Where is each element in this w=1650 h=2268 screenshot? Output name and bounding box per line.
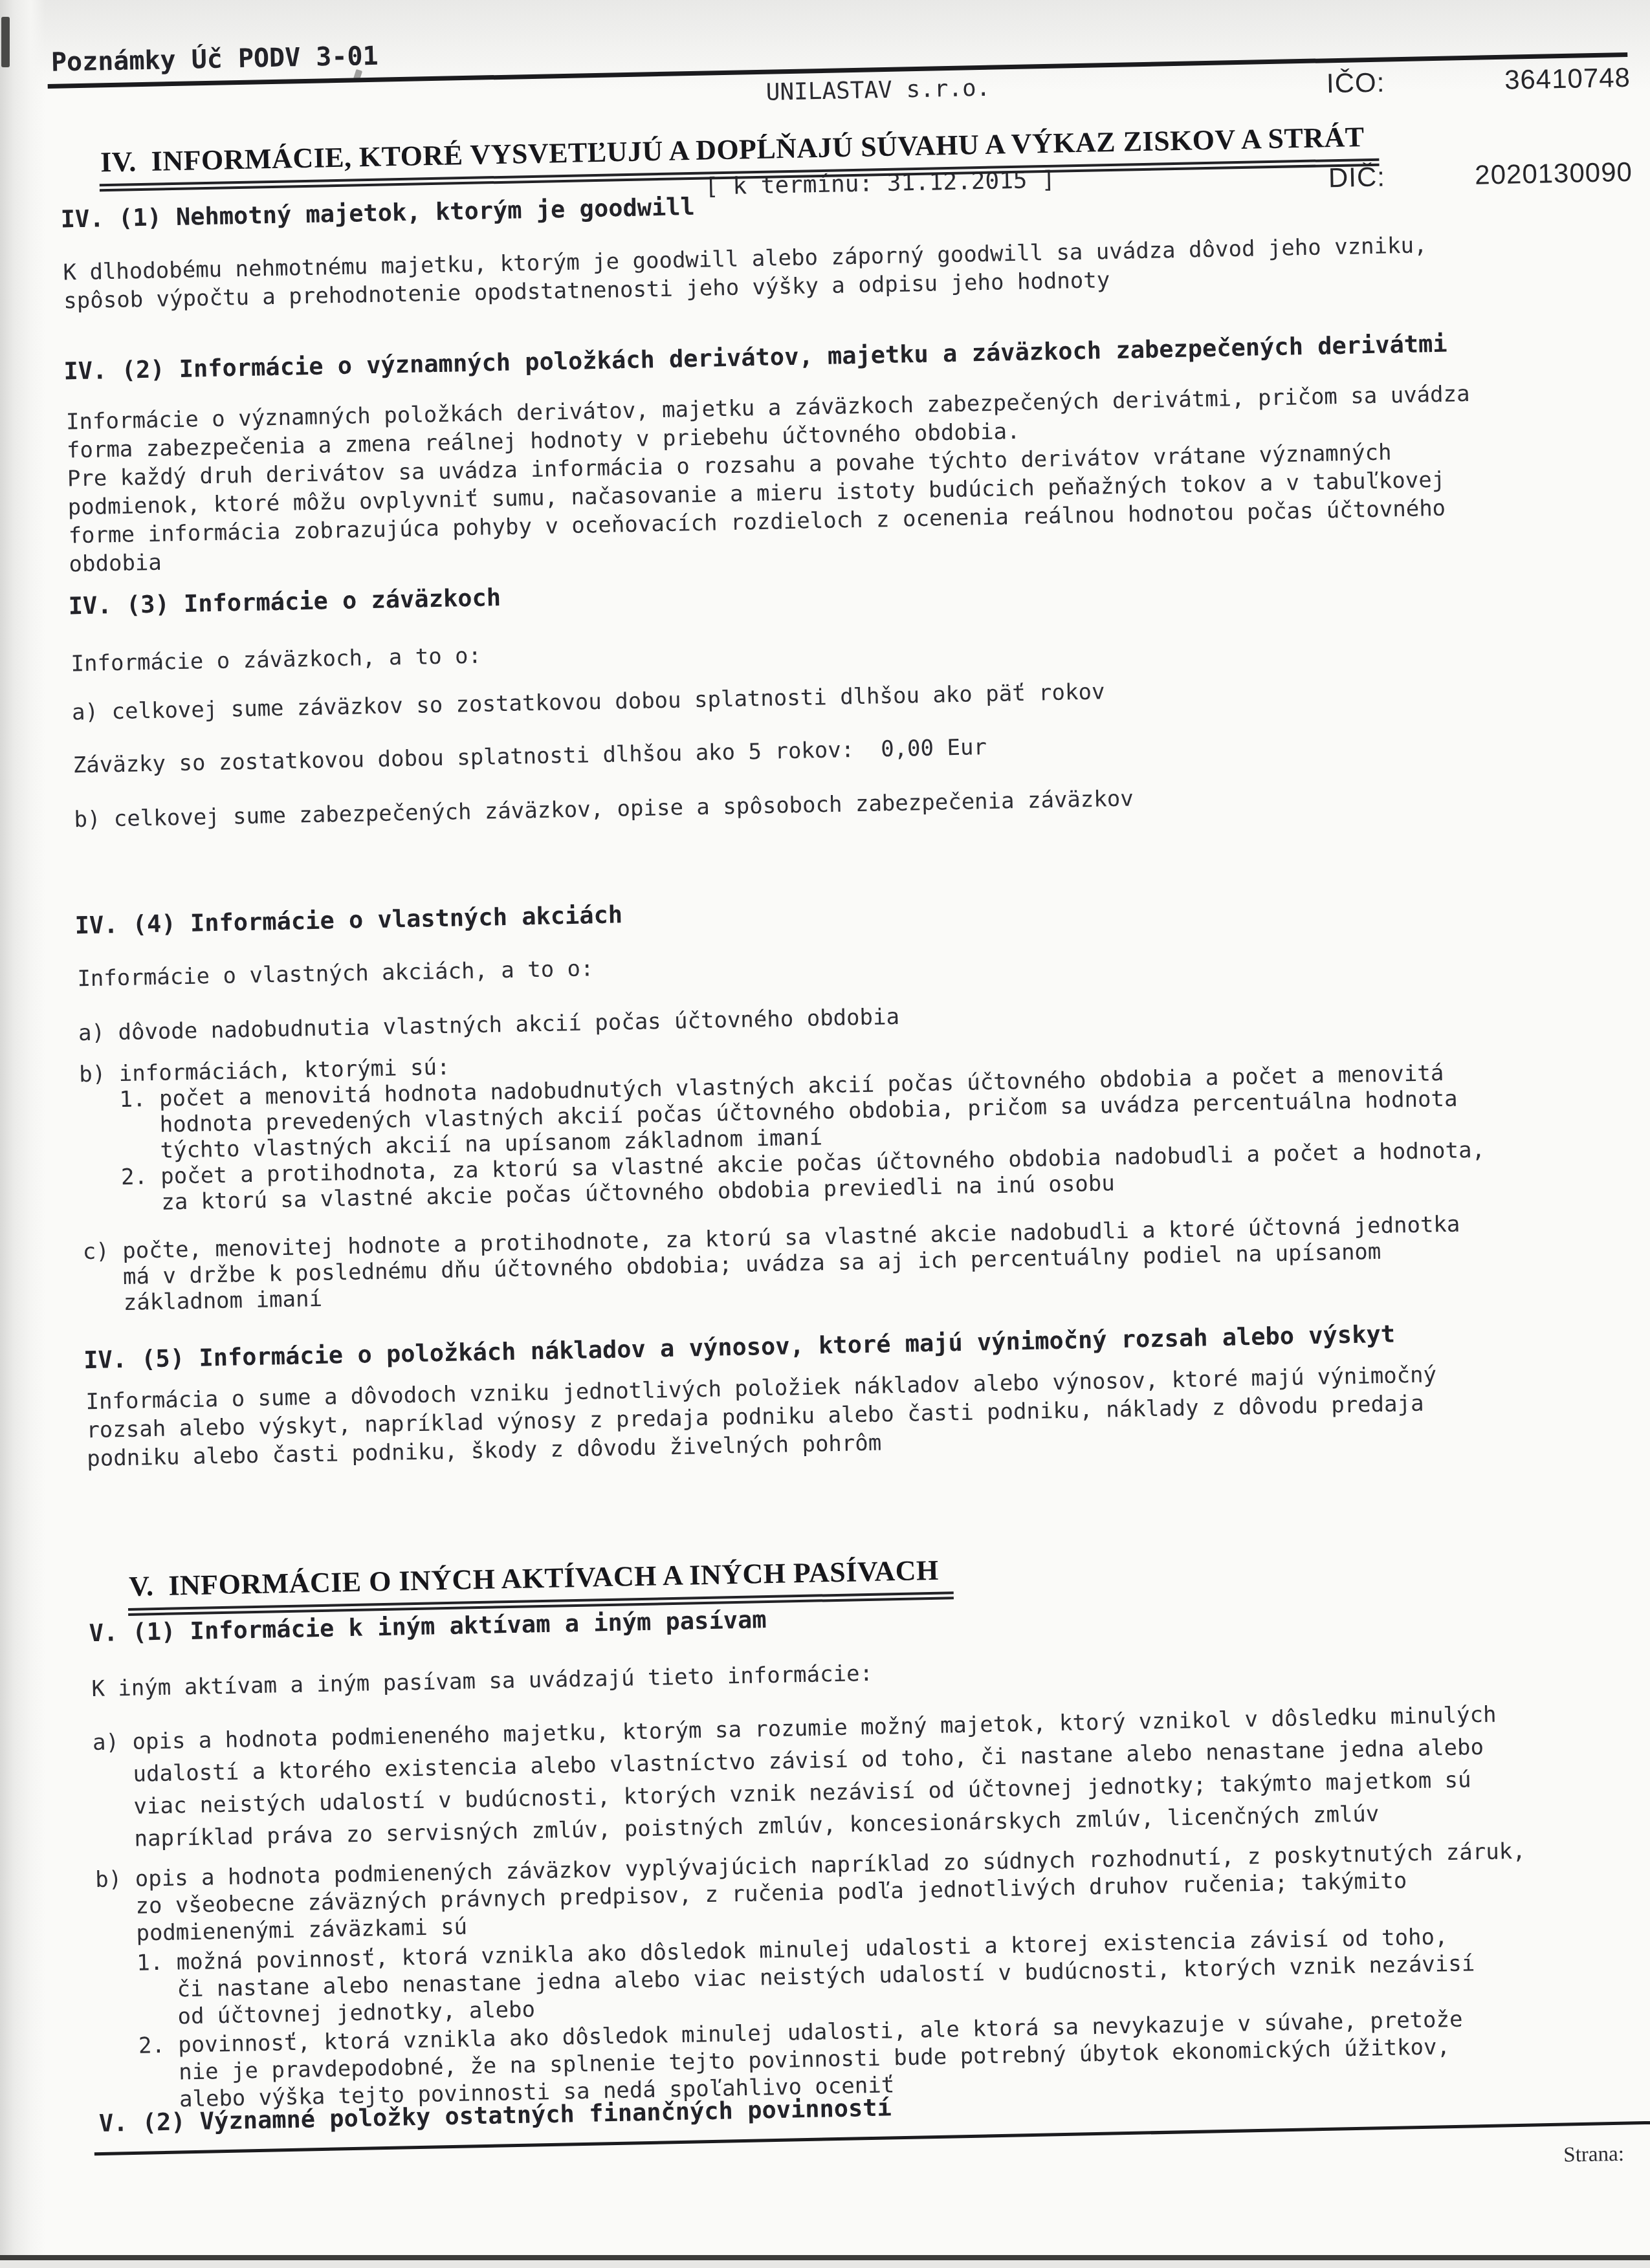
- form-title: Poznámky Úč PODV 3-01: [51, 41, 379, 78]
- iv3-heading: IV. (3) Informácie o záväzkoch: [68, 583, 501, 620]
- iv3-item-b: b) celkovej sume zabezpečených záväzkov,…: [74, 784, 1134, 834]
- scan-edge-bottom: [0, 2255, 1650, 2260]
- scan-below-edge: [0, 2260, 1650, 2268]
- v1-item-a: a) opis a hodnota podmieneného majetku, …: [93, 1699, 1499, 1857]
- iv3-note: Záväzky so zostatkovou dobou splatnosti …: [72, 733, 987, 780]
- iv5-body: Informácia o sume a dôvodoch vzniku jedn…: [85, 1360, 1438, 1473]
- iv3-item-a: a) celkovej sume záväzkov so zostatkovou…: [72, 677, 1105, 726]
- dic-value: 2020130090: [1475, 156, 1633, 191]
- page-label: Strana:: [1563, 2143, 1624, 2168]
- footer-page: Strana: 3: [1563, 2141, 1650, 2167]
- scan-corner-mark: [1, 17, 10, 67]
- iv4-item-c: c) počte, menovitej hodnote a protihodno…: [82, 1211, 1461, 1316]
- iv4-intro: Informácie o vlastných akciách, a to o:: [77, 954, 594, 993]
- iv4-heading: IV. (4) Informácie o vlastných akciách: [74, 900, 622, 940]
- iv2-body: Informácie o významných položkách derivá…: [66, 380, 1473, 578]
- iv4-item-a: a) dôvode nadobudnutia vlastných akcií p…: [78, 1003, 900, 1047]
- scanned-document-page: Poznámky Úč PODV 3-01 UNILASTAV s.r.o. […: [0, 0, 1650, 2268]
- scan-edge-left: [0, 0, 45, 2268]
- iv3-intro: Informácie o záväzkoch, a to o:: [71, 642, 481, 679]
- ico-value: 36410748: [1504, 61, 1631, 96]
- document-sheet: Poznámky Úč PODV 3-01 UNILASTAV s.r.o. […: [45, 0, 1650, 2230]
- v1-intro: K iným aktívam a iným pasívam sa uvádzaj…: [91, 1659, 873, 1703]
- iv4-item-b: b) informáciách, ktorými sú: 1. počet a …: [79, 1034, 1486, 1217]
- iv2-heading: IV. (2) Informácie o významných položkác…: [63, 330, 1447, 386]
